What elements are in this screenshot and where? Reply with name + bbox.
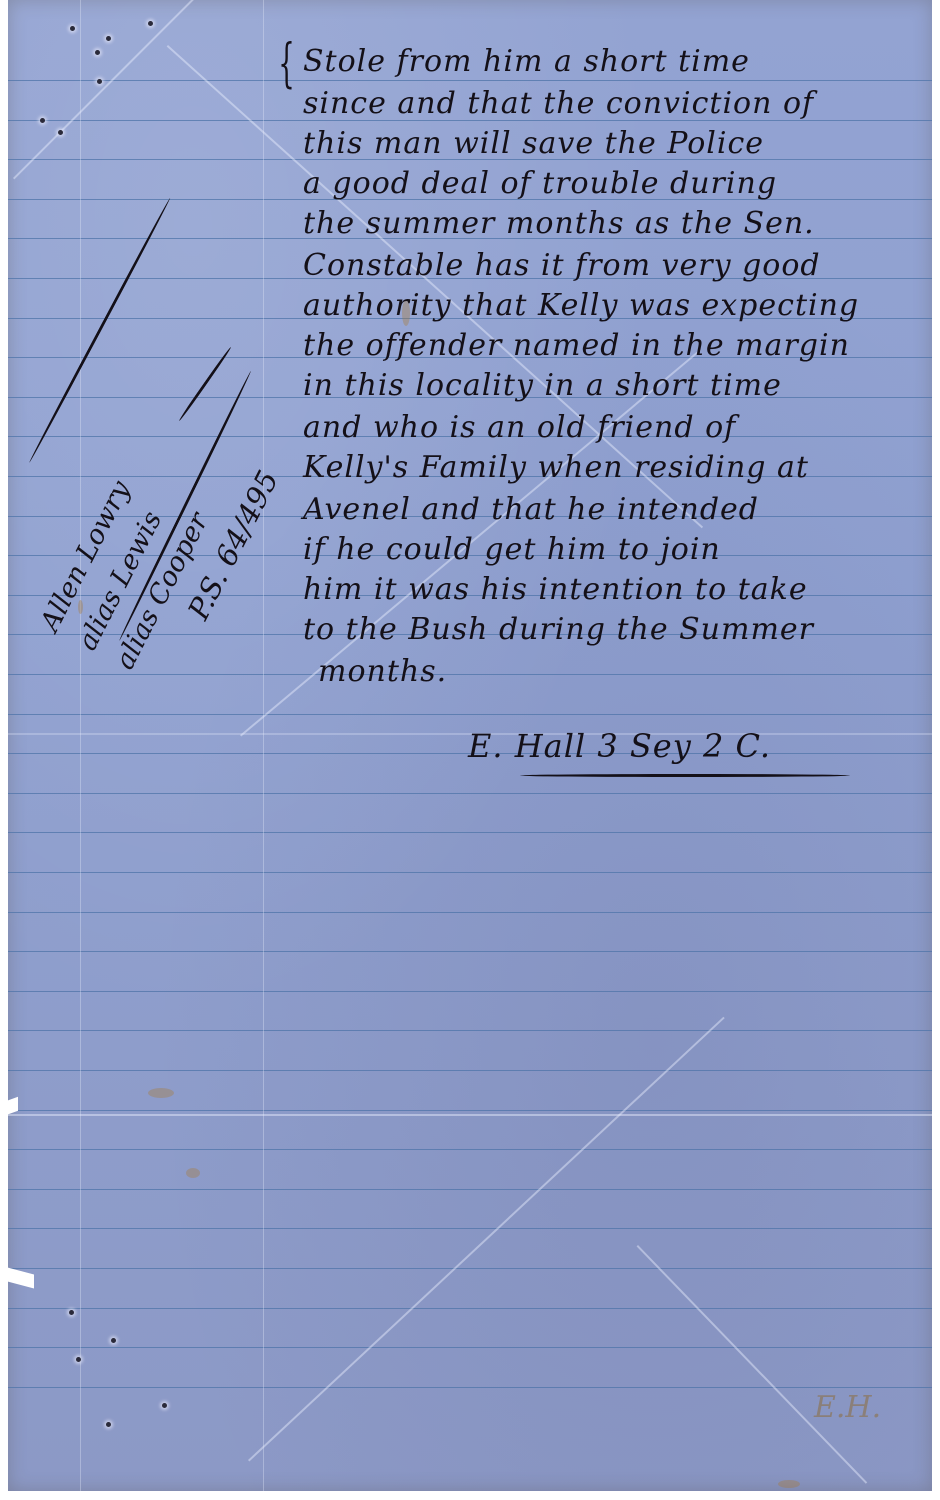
margin-note: Allen Lowry alias Lewis alias Cooper P.S… <box>30 406 289 696</box>
body-line: Stole from him a short time <box>303 42 750 82</box>
body-line: this man will save the Police <box>303 124 764 164</box>
ruled-line <box>8 1110 932 1111</box>
ruled-line <box>8 1268 932 1269</box>
fold-crease-horizontal <box>8 1114 932 1116</box>
ruled-line <box>8 1030 932 1031</box>
body-line: Constable has it from very good <box>303 246 821 286</box>
pin-hole <box>70 26 75 31</box>
ruled-line <box>8 872 932 873</box>
fold-crease <box>248 1017 725 1462</box>
stain <box>778 1480 800 1488</box>
body-line: months. <box>318 652 447 692</box>
ruled-line <box>8 1070 932 1071</box>
pin-hole <box>106 36 111 41</box>
ruled-line <box>8 1149 932 1150</box>
body-line: the summer months as the Sen. <box>303 204 815 244</box>
pin-hole <box>97 79 102 84</box>
margin-line-inner <box>263 0 264 1491</box>
ruled-line <box>8 793 932 794</box>
ruled-line <box>8 912 932 913</box>
pin-hole <box>40 118 45 123</box>
body-line: Avenel and that he intended <box>303 490 759 530</box>
pin-hole <box>148 21 153 26</box>
body-line: to the Bush during the Summer <box>303 610 814 650</box>
stain <box>148 1088 174 1098</box>
body-line: authority that Kelly was expecting <box>303 286 859 326</box>
brace-mark: { <box>278 38 295 90</box>
document-page: E.H. { Stole from him a short time since… <box>8 0 932 1491</box>
fold-crease <box>13 0 248 179</box>
pin-hole <box>76 1357 81 1362</box>
pin-hole <box>111 1338 116 1343</box>
ruled-line <box>8 832 932 833</box>
body-line: and who is an old friend of <box>303 408 736 448</box>
ruled-line <box>8 1387 932 1388</box>
ruled-line <box>8 714 932 715</box>
body-line: in this locality in a short time <box>303 366 782 406</box>
ruled-line <box>8 1347 932 1348</box>
signature-underline <box>520 774 850 777</box>
ruled-line <box>8 951 932 952</box>
ruled-line <box>8 991 932 992</box>
fold-crease <box>637 1245 868 1484</box>
pin-hole <box>162 1403 167 1408</box>
body-line: since and that the conviction of <box>303 84 814 124</box>
ruled-line <box>8 1308 932 1309</box>
pin-hole <box>95 50 100 55</box>
body-line: a good deal of trouble during <box>303 164 777 204</box>
pin-hole <box>69 1310 74 1315</box>
pin-hole <box>106 1422 111 1427</box>
body-line: Kelly's Family when residing at <box>303 448 809 488</box>
body-line: the offender named in the margin <box>303 326 850 366</box>
bleed-through-initials: E.H. <box>814 1390 881 1425</box>
pin-hole <box>58 130 63 135</box>
body-line: if he could get him to join <box>303 530 721 570</box>
margin-line-left <box>80 0 81 1491</box>
ruled-line <box>8 1228 932 1229</box>
stain <box>186 1168 200 1178</box>
body-line: him it was his intention to take <box>303 570 808 610</box>
signature: E. Hall 3 Sey 2 C. <box>468 726 771 766</box>
ruled-line <box>8 1189 932 1190</box>
